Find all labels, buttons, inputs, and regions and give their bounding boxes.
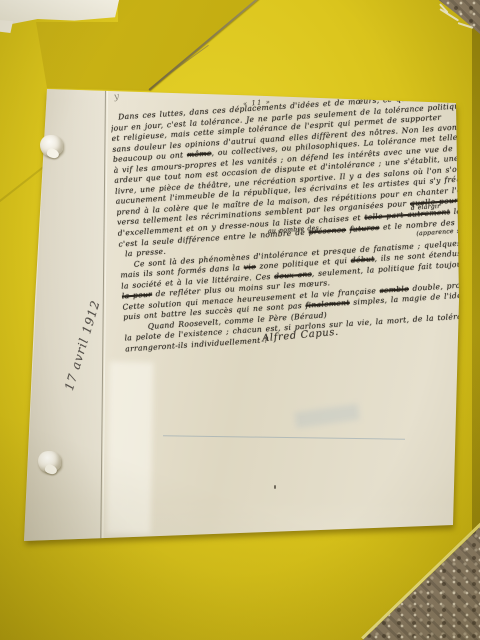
paper-fastener-top [40,135,63,156]
manuscript-sheet: « 11 » y à élargir (apparence sportive) … [0,0,480,640]
glue-streak [107,362,154,535]
paper-fastener-bottom [38,451,61,472]
photo-of-manuscript: « 11 » y à élargir (apparence sportive) … [0,0,480,640]
manuscript-sheet-wrapper: « 11 » y à élargir (apparence sportive) … [0,0,480,640]
interlinear-annotation: à élargir [410,202,440,214]
ink-speck [274,485,276,489]
